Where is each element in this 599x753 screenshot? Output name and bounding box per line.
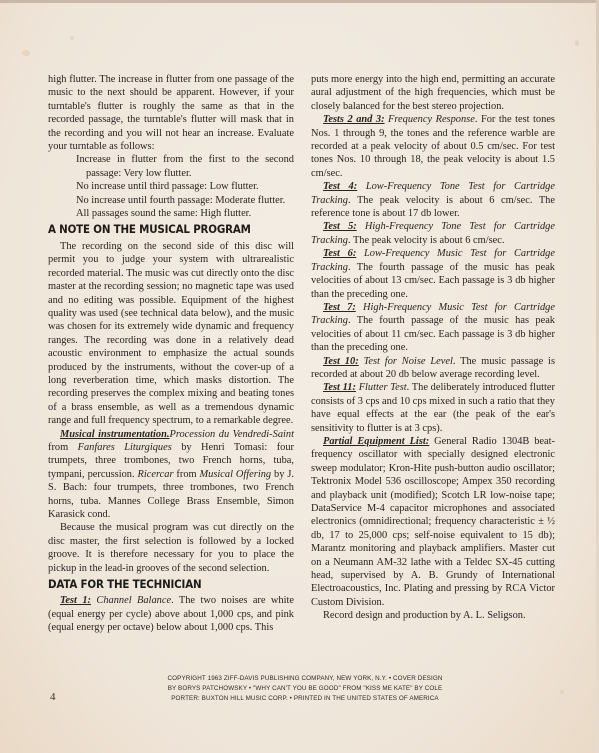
test-title: Channel Balance: [96, 595, 171, 606]
work-title: Musical Offering: [200, 469, 272, 480]
page-top-edge: [0, 0, 599, 3]
test-lead: Test 11:: [323, 382, 356, 393]
test-body: . The peak velocity is about 6 cm/sec.: [348, 235, 505, 246]
text: from: [48, 442, 78, 453]
work-title: Fanfares Liturgiques: [78, 442, 172, 453]
foxing-spot: [70, 36, 74, 40]
test-paragraph: Tests 2 and 3: Frequency Response. For t…: [311, 113, 555, 180]
continuation-paragraph: puts more energy into the high end, perm…: [311, 73, 555, 113]
test-lead: Test 10:: [323, 356, 359, 367]
test-body: . The fourth passage of the music has pe…: [311, 262, 555, 300]
section-heading-technician: DATA FOR THE TECHNICIAN: [48, 578, 274, 591]
work-title: Ricercar: [138, 469, 174, 480]
footer-line: PORTER: BUXTON HILL MUSIC CORP. • PRINTE…: [105, 694, 505, 704]
left-column: high flutter. The increase in flutter fr…: [48, 73, 294, 635]
equipment-lead: Partial Equipment List:: [323, 436, 429, 447]
test-paragraph: Test 4: Low-Frequency Tone Test for Cart…: [311, 180, 555, 220]
right-column: puts more energy into the high end, perm…: [311, 73, 555, 623]
credit-paragraph: Record design and production by A. L. Se…: [311, 609, 555, 622]
footer-line: BY BORYS PATCHOWSKY • "WHY CAN'T YOU BE …: [105, 684, 505, 694]
equipment-body: General Radio 1304B beat-frequency oscil…: [311, 436, 555, 608]
section-heading-musical-program: A NOTE ON THE MUSICAL PROGRAM: [48, 223, 274, 236]
test-body: . The peak velocity is about 6 cm/sec. T…: [311, 195, 555, 219]
test-lead: Test 6:: [323, 248, 356, 259]
test-lead: Test 5:: [323, 221, 357, 232]
foxing-spot: [560, 690, 564, 694]
evaluation-item: No increase until fourth passage: Modera…: [48, 194, 294, 207]
test-paragraph: Test 6: Low-Frequency Music Test for Car…: [311, 247, 555, 301]
instrumentation-lead: Musical instrumentation.: [60, 429, 169, 440]
footer-line: COPYRIGHT 1963 ZIFF-DAVIS PUBLISHING COM…: [105, 674, 505, 684]
document-page: high flutter. The increase in flutter fr…: [0, 0, 599, 753]
text: from: [173, 469, 199, 480]
locked-groove-paragraph: Because the musical program was cut dire…: [48, 521, 294, 575]
page-number: 4: [50, 691, 56, 703]
foxing-spot: [22, 50, 30, 56]
test-paragraph: Test 11: Flutter Test. The deliberately …: [311, 381, 555, 435]
test-lead: Test 1:: [60, 595, 91, 606]
evaluation-item: Increase in flutter from the first to th…: [48, 153, 294, 180]
evaluation-item: All passages sound the same: High flutte…: [48, 207, 294, 220]
test-1-paragraph: Test 1: Channel Balance. The two noises …: [48, 594, 294, 634]
test-paragraph: Test 5: High-Frequency Tone Test for Car…: [311, 220, 555, 247]
equipment-paragraph: Partial Equipment List: General Radio 13…: [311, 435, 555, 609]
intro-paragraph: high flutter. The increase in flutter fr…: [48, 73, 294, 153]
test-paragraph: Test 7: High-Frequency Music Test for Ca…: [311, 301, 555, 355]
test-lead: Tests 2 and 3:: [323, 114, 385, 125]
test-title: Test for Noise Level: [364, 356, 453, 367]
test-title: Frequency Response: [388, 114, 475, 125]
foxing-spot: [575, 40, 579, 46]
instrumentation-paragraph: Musical instrumentation.Procession du Ve…: [48, 428, 294, 522]
flutter-evaluation-list: Increase in flutter from the first to th…: [48, 153, 294, 220]
evaluation-item: No increase until third passage: Low flu…: [48, 180, 294, 193]
copyright-footer: COPYRIGHT 1963 ZIFF-DAVIS PUBLISHING COM…: [105, 674, 505, 704]
musical-program-paragraph: The recording on the second side of this…: [48, 240, 294, 428]
work-title: Procession du Vendredi-Saint: [169, 429, 294, 440]
test-title: Flutter Test: [359, 382, 407, 393]
test-body: . The fourth passage of the music has pe…: [311, 315, 555, 353]
test-lead: Test 7:: [323, 302, 356, 313]
test-paragraph: Test 10: Test for Noise Level. The music…: [311, 355, 555, 382]
test-lead: Test 4:: [323, 181, 357, 192]
